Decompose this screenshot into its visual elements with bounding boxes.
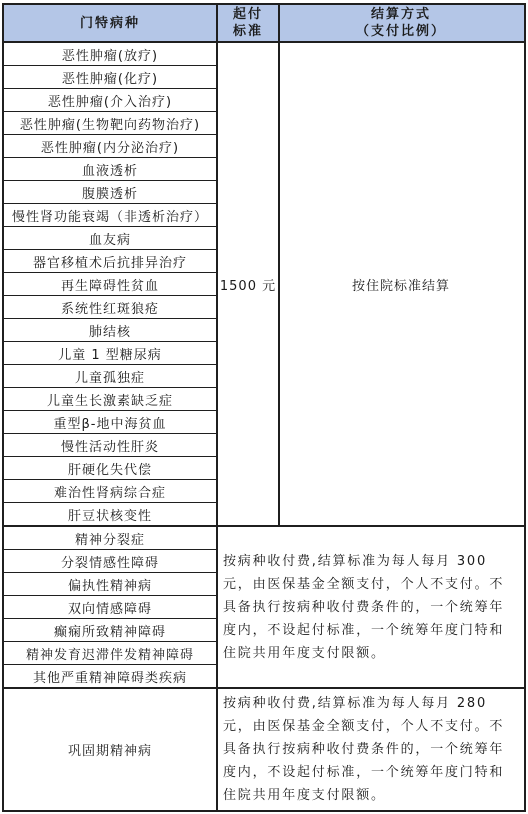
disease-cell-consolidation: 巩固期精神病 <box>4 689 218 810</box>
disease-row: 系统性红斑狼疮 <box>4 296 216 319</box>
disease-row: 慢性活动性肝炎 <box>4 434 216 457</box>
settlement-paragraph-280: 按病种收付费,结算标准为每人每月 280 元，由医保基金全额支付，个人不支付。不… <box>218 689 522 810</box>
header-disease-type-label: 门特病种 <box>80 15 140 32</box>
disease-row: 儿童生长激素缺乏症 <box>4 388 216 411</box>
disease-list-section-1: 恶性肿瘤(放疗)恶性肿瘤(化疗)恶性肿瘤(介入治疗)恶性肿瘤(生物靶向药物治疗)… <box>4 43 218 525</box>
disease-row: 恶性肿瘤(介入治疗) <box>4 89 216 112</box>
header-settlement-line1: 结算方式 <box>371 6 431 23</box>
disease-row: 血友病 <box>4 227 216 250</box>
disease-row: 儿童孤独症 <box>4 365 216 388</box>
disease-row: 肺结核 <box>4 319 216 342</box>
disease-row: 腹膜透析 <box>4 181 216 204</box>
section-inpatient-standard: 恶性肿瘤(放疗)恶性肿瘤(化疗)恶性肿瘤(介入治疗)恶性肿瘤(生物靶向药物治疗)… <box>4 43 524 527</box>
disease-row: 精神分裂症 <box>4 527 216 550</box>
settlement-paragraph-300: 按病种收付费,结算标准为每人每月 300 元，由医保基金全额支付，个人不支付。不… <box>218 527 522 687</box>
section-psychiatric: 精神分裂症分裂情感性障碍偏执性精神病双向情感障碍癫痫所致精神障碍精神发育迟滞伴发… <box>4 527 524 689</box>
disease-row: 精神发育迟滞伴发精神障碍 <box>4 642 216 665</box>
header-settlement-method: 结算方式 （支付比例） <box>280 5 522 41</box>
disease-row: 慢性肾功能衰竭（非透析治疗） <box>4 204 216 227</box>
disease-row: 分裂情感性障碍 <box>4 550 216 573</box>
header-disease-type: 门特病种 <box>4 5 218 41</box>
disease-row: 其他严重精神障碍类疾病 <box>4 665 216 687</box>
disease-list-section-2: 精神分裂症分裂情感性障碍偏执性精神病双向情感障碍癫痫所致精神障碍精神发育迟滞伴发… <box>4 527 218 687</box>
disease-row: 血液透析 <box>4 158 216 181</box>
section-consolidation-psychiatric: 巩固期精神病 按病种收付费,结算标准为每人每月 280 元，由医保基金全额支付，… <box>4 689 524 810</box>
table-header-row: 门特病种 起付 标准 结算方式 （支付比例） <box>4 5 524 43</box>
disease-row: 难治性肾病综合症 <box>4 480 216 503</box>
disease-row: 再生障碍性贫血 <box>4 273 216 296</box>
disease-row: 癫痫所致精神障碍 <box>4 619 216 642</box>
disease-row: 双向情感障碍 <box>4 596 216 619</box>
disease-row: 儿童 1 型糖尿病 <box>4 342 216 365</box>
disease-row: 器官移植术后抗排异治疗 <box>4 250 216 273</box>
deductible-value-cell: 1500 元 <box>218 43 280 525</box>
outpatient-special-disease-table: 门特病种 起付 标准 结算方式 （支付比例） 恶性肿瘤(放疗)恶性肿瘤(化疗)恶… <box>2 3 526 812</box>
disease-row: 恶性肿瘤(化疗) <box>4 66 216 89</box>
settlement-value-cell-1: 按住院标准结算 <box>280 43 522 525</box>
disease-row: 肝豆状核变性 <box>4 503 216 525</box>
disease-row: 恶性肿瘤(内分泌治疗) <box>4 135 216 158</box>
disease-row: 恶性肿瘤(放疗) <box>4 43 216 66</box>
header-settlement-line2: （支付比例） <box>356 23 446 40</box>
disease-row: 偏执性精神病 <box>4 573 216 596</box>
disease-row: 肝硬化失代偿 <box>4 457 216 480</box>
header-deductible-line2: 标准 <box>233 23 263 40</box>
disease-row: 恶性肿瘤(生物靶向药物治疗) <box>4 112 216 135</box>
header-deductible-line1: 起付 <box>233 6 263 23</box>
disease-row: 重型β-地中海贫血 <box>4 411 216 434</box>
header-deductible-standard: 起付 标准 <box>218 5 280 41</box>
